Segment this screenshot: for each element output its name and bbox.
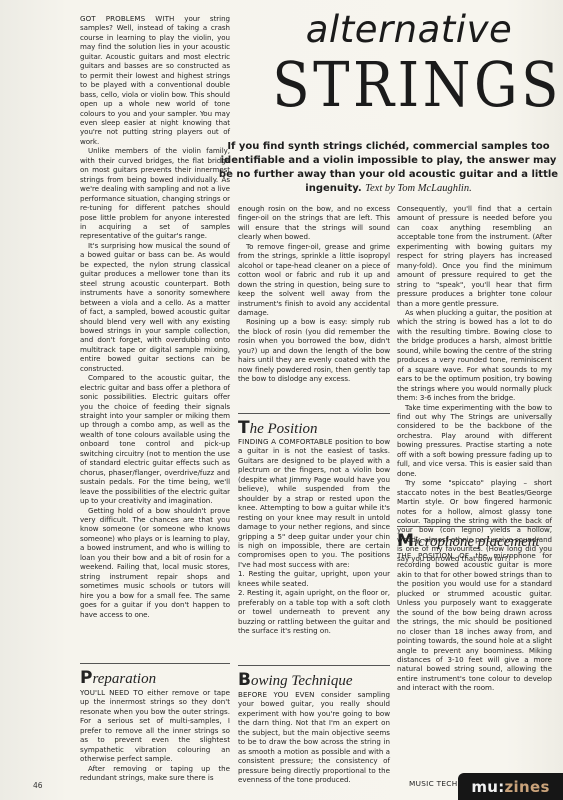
intro-paragraph: Compared to the acoustic guitar, the ele…: [80, 373, 230, 505]
section-heading-position: The Position: [238, 413, 390, 438]
intro-paragraph: Unlike members of the violin family, wit…: [80, 146, 230, 241]
column-3-top: Consequently, you'll find that a certain…: [397, 204, 552, 563]
position-body: FINDING A COMFORTABLE position to bow a …: [238, 437, 390, 636]
magazine-page: alternative STRINGS If you find synth st…: [0, 0, 563, 800]
muzines-logo[interactable]: mu:zines: [458, 773, 563, 800]
magazine-name: MUSIC TECH: [409, 779, 457, 788]
title-kicker: alternative: [260, 10, 558, 50]
standfirst: If you find synth strings clichéd, comme…: [214, 140, 563, 196]
section-heading-bowing: Bowing Technique: [238, 665, 390, 690]
preparation-body: YOU'LL NEED TO either remove or tape up …: [80, 688, 230, 783]
lead-caps: THE POSITION OF: [397, 551, 469, 560]
title-main: STRINGS: [272, 54, 540, 116]
intro-paragraph: It's surprising how musical the sound of…: [80, 241, 230, 373]
column-2-top: enough rosin on the bow, and no excess f…: [238, 204, 390, 384]
list-item: 1. Resting the guitar, upright, upon you…: [238, 569, 390, 588]
byline: Text by Tom McLaughlin.: [365, 183, 472, 194]
lead-caps: YOU'LL NEED TO: [80, 688, 143, 697]
section-heading-preparation: Preparation: [80, 663, 230, 688]
bowing-body: BEFORE YOU EVEN consider sampling your b…: [238, 690, 390, 785]
section-heading-microphone: Microphone placement: [397, 526, 552, 551]
microphone-body: THE POSITION OF the microphone for recor…: [397, 551, 552, 693]
article-title: alternative STRINGS: [240, 10, 558, 116]
lead-caps: GOT PROBLEMS WITH: [80, 14, 174, 23]
page-number: 46: [33, 781, 43, 790]
intro-paragraph: Getting hold of a bow shouldn't prove ve…: [80, 506, 230, 619]
intro-paragraph: GOT PROBLEMS WITH your string samples? W…: [80, 14, 230, 146]
intro-column: GOT PROBLEMS WITH your string samples? W…: [80, 14, 230, 619]
list-item: 2. Resting it, again upright, on the flo…: [238, 588, 390, 635]
lead-caps: BEFORE YOU EVEN: [238, 690, 315, 699]
lead-caps: FINDING A COMFORTABLE: [238, 437, 333, 446]
